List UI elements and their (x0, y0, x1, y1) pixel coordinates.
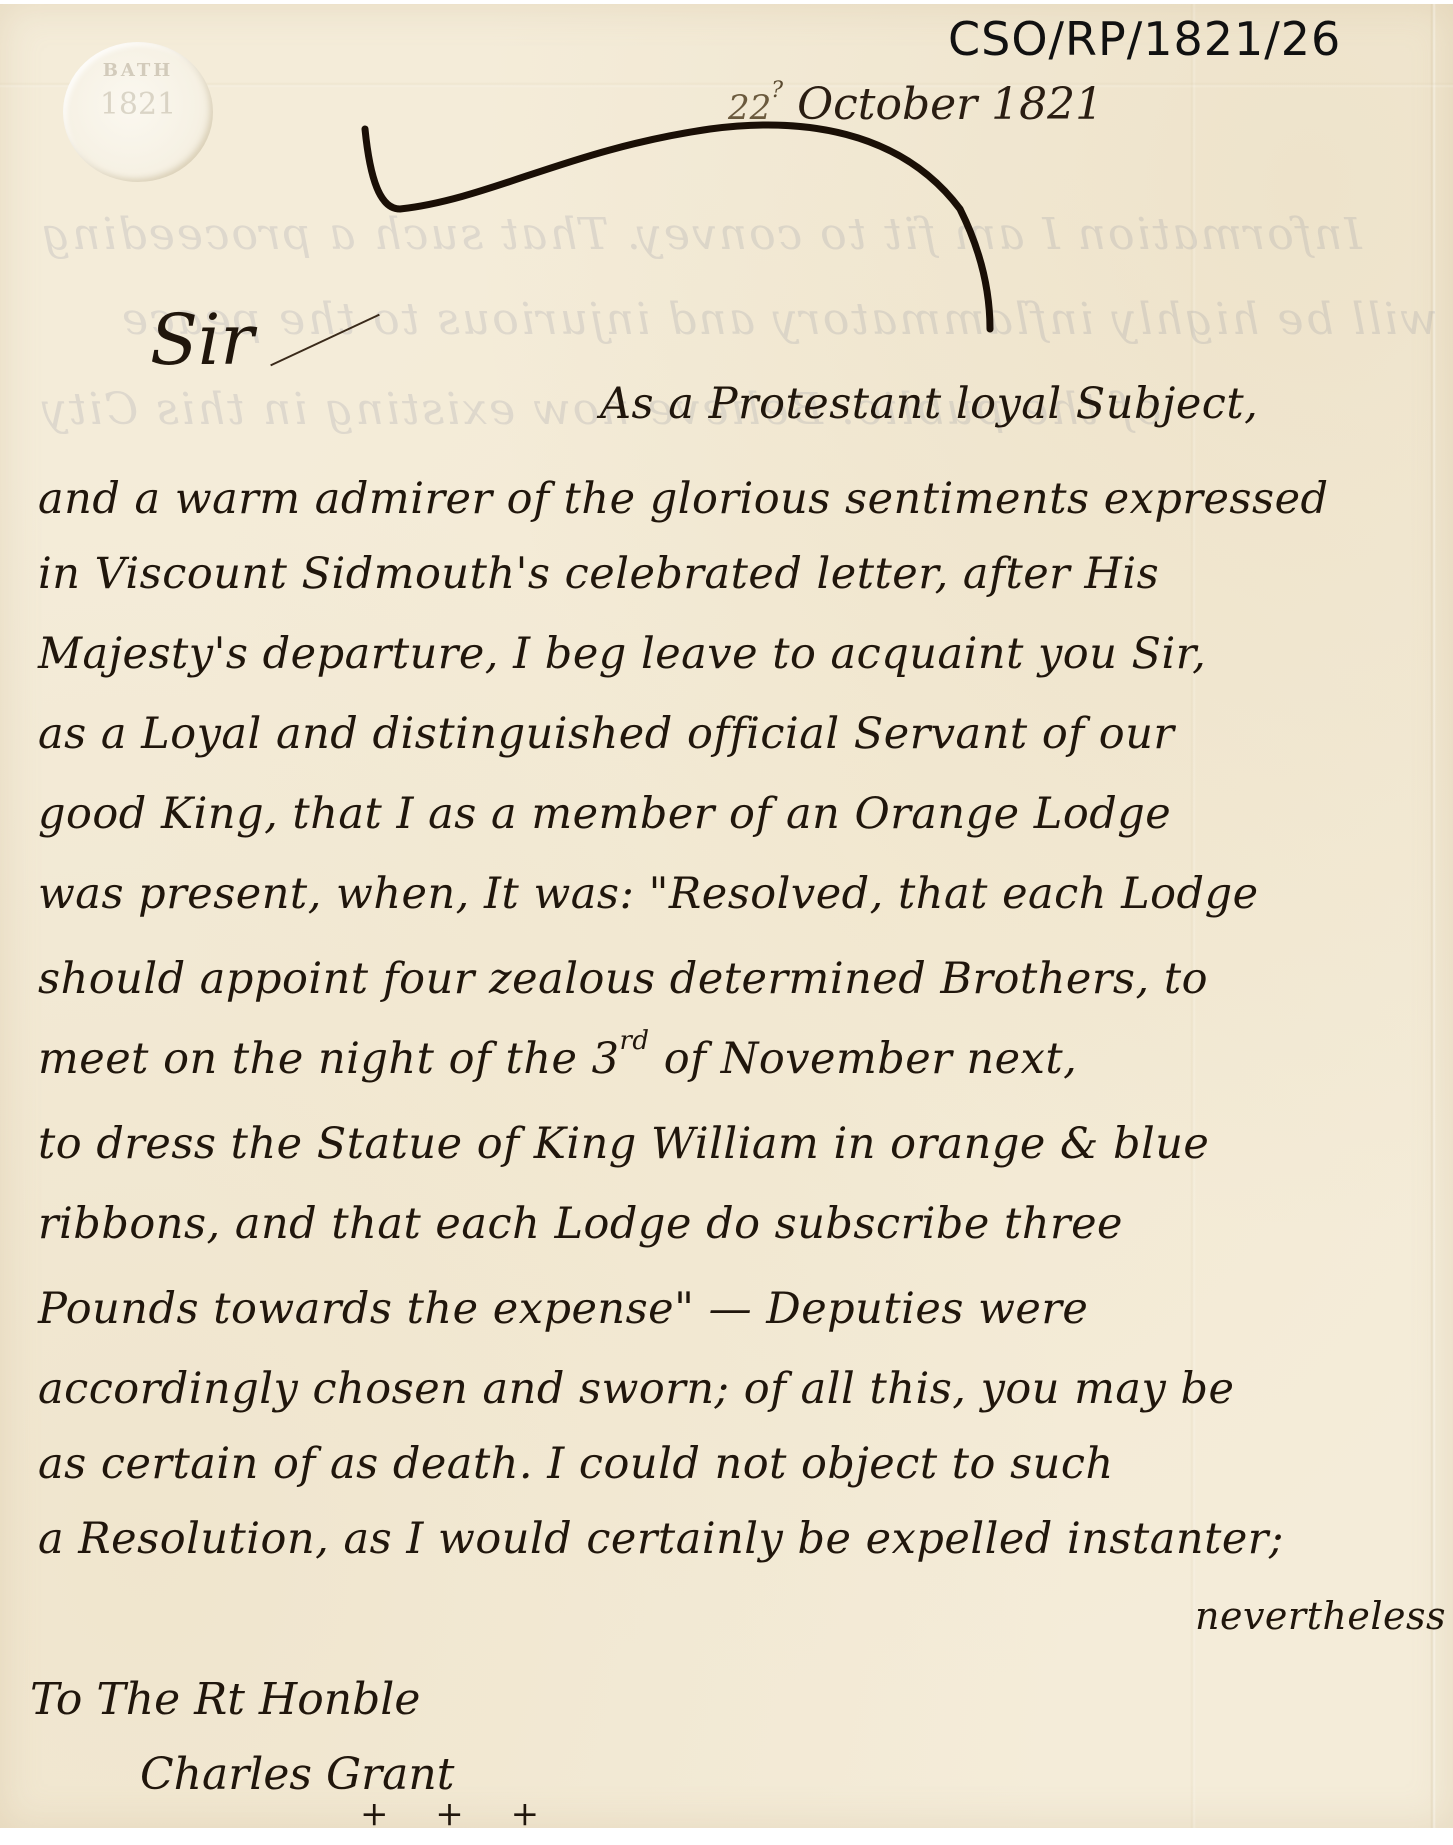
body-line-6: good King, that I as a member of an Oran… (38, 789, 1171, 839)
body-line-4: Majesty's departure, I beg leave to acqu… (38, 629, 1206, 679)
body-line-8: should appoint four zealous determined B… (38, 954, 1208, 1004)
letter-date: 22? October 1821 (728, 79, 1103, 130)
body-line-1: As a Protestant loyal Subject, (600, 379, 1258, 429)
body-line-3: in Viscount Sidmouth's celebrated letter… (38, 549, 1159, 599)
archive-reference: CSO/RP/1821/26 (948, 12, 1341, 66)
body-line-7: was present, when, It was: "Resolved, th… (38, 869, 1259, 919)
body-line-9-cont: of November next, (664, 1034, 1078, 1084)
date-month-year: October 1821 (797, 79, 1103, 130)
body-line-9: meet on the night of the 3rd of November… (38, 1034, 1077, 1084)
body-line-14: as certain of as death. I could not obje… (38, 1439, 1114, 1489)
address-line-2: Charles Grant (140, 1749, 454, 1800)
body-line-11: ribbons, and that each Lodge do subscrib… (38, 1199, 1123, 1249)
body-line-10: to dress the Statue of King William in o… (38, 1119, 1209, 1169)
body-line-2: and a warm admirer of the glorious senti… (38, 474, 1329, 524)
date-day-mark: ? (771, 78, 783, 103)
body-line-5: as a Loyal and distinguished official Se… (38, 709, 1174, 759)
body-line-12: Pounds towards the expense" — Deputies w… (38, 1284, 1088, 1334)
fold-crease-right (1430, 4, 1436, 1828)
docket-stroke-icon (340, 89, 1040, 369)
letter-page: Information I am fit to convey. That suc… (0, 4, 1453, 1828)
body-line-15: a Resolution, as I would certainly be ex… (38, 1514, 1284, 1564)
salutation: Sir (150, 299, 254, 381)
body-line-13: accordingly chosen and sworn; of all thi… (38, 1364, 1235, 1414)
date-day: 22 (728, 88, 771, 128)
stamp-text: BATH (103, 60, 174, 81)
ordinal-suffix: rd (620, 1026, 650, 1056)
body-line-9-text: meet on the night of the 3 (38, 1034, 620, 1084)
catchword: nevertheless (1195, 1594, 1446, 1638)
fold-crease-top (0, 82, 1453, 88)
address-line-1: To The Rt Honble (30, 1674, 420, 1725)
embossed-stamp: BATH 1821 (63, 42, 213, 182)
stamp-number: 1821 (100, 87, 176, 122)
address-marks: + + + (360, 1794, 557, 1834)
